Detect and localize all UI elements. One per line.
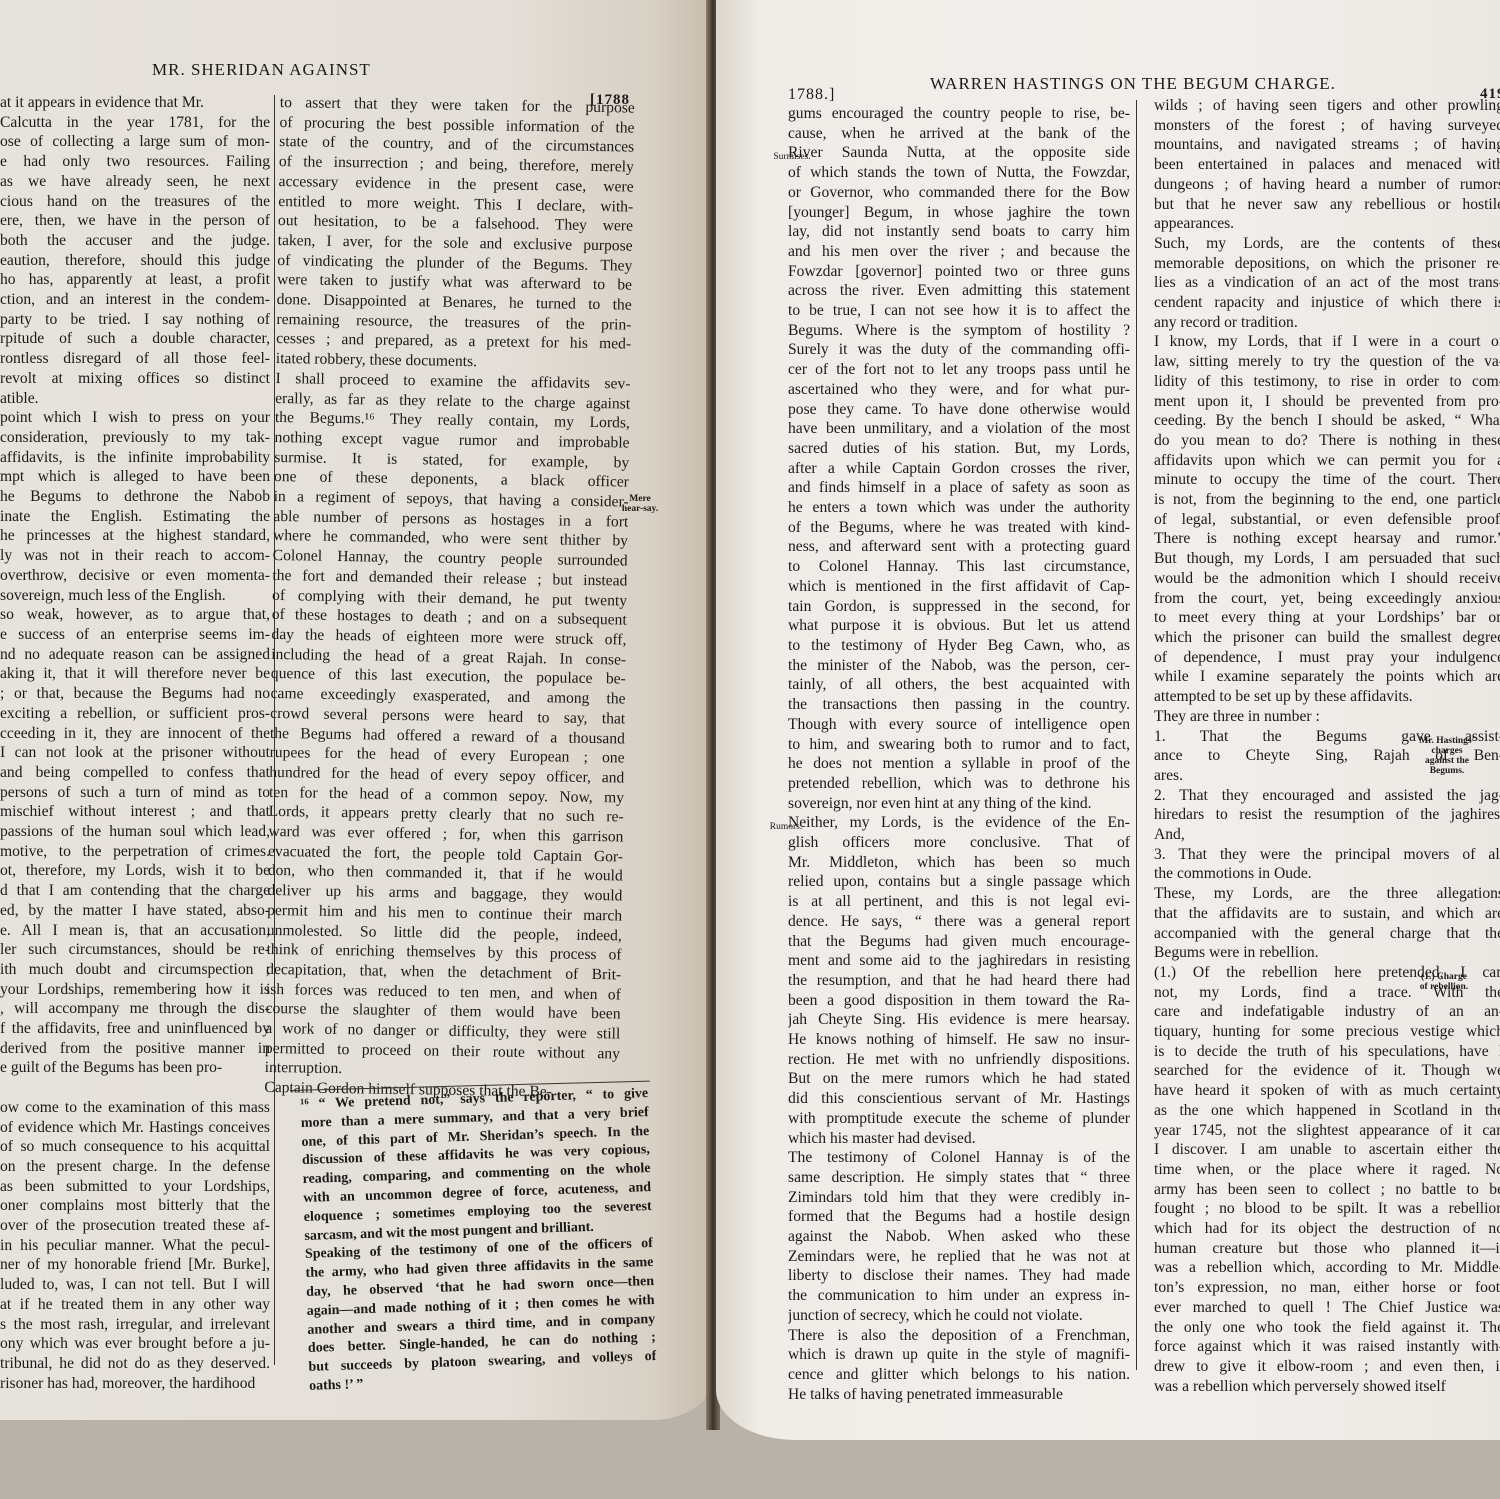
text-line: glish officers more conclusive. That of [788, 833, 1130, 853]
text-line: rpitude of such a double character, [0, 329, 270, 349]
text-line: Such, my Lords, are the contents of thes… [1154, 234, 1500, 254]
text-line: after a while Captain Gordon crosses the… [788, 459, 1130, 479]
text-line: Calcutta in the year 1781, for the [0, 113, 270, 133]
text-line: pretended rebellion, which was to dethro… [788, 774, 1130, 794]
column-rule [1136, 100, 1137, 1370]
text-line: and finds himself in a place of safety a… [788, 478, 1130, 498]
text-line: from the court, yet, being exceedingly a… [1154, 589, 1500, 609]
text-line: monsters of the forest ; of having surve… [1154, 116, 1500, 136]
text-line: ness, and afterward sent with a protecti… [788, 537, 1130, 557]
text-line: 2. That they encouraged and assisted the… [1154, 786, 1500, 806]
text-line: They are three in number : [1154, 707, 1500, 727]
text-line: The testimony of Colonel Hannay is of th… [788, 1148, 1130, 1168]
text-line: Neither, my Lords, is the evidence of th… [788, 813, 1130, 833]
text-line: e had only two resources. Failing [0, 152, 270, 172]
text-line: aking it, that it will therefore never b… [0, 664, 270, 684]
text-line: as we have already seen, he next [0, 172, 270, 192]
text-line: junction of secrecy, which he could not … [788, 1306, 1130, 1326]
text-line: formed that the Begums had a hostile des… [788, 1207, 1130, 1227]
text-line: nd no adequate reason can be assigned [0, 645, 270, 665]
text-line: ceeding. By the bench I should be asked,… [1154, 411, 1500, 431]
text-line: is at all pertinent, and this is not leg… [788, 892, 1130, 912]
text-line: ow come to the examination of this mass [0, 1098, 270, 1118]
text-line: ly was not in their reach to accom- [0, 546, 270, 566]
text-line: cence and glitter which belongs to his n… [788, 1365, 1130, 1385]
text-line: cendent rapacity and injustice of which … [1154, 293, 1500, 313]
text-line: 3. That they were the principal movers o… [1154, 845, 1500, 865]
text-line: Begums. Where is the symptom of hostilit… [788, 321, 1130, 341]
text-line: memorable depositions, on which the pris… [1154, 254, 1500, 274]
text-line: with promptitude execute the scheme of p… [788, 1109, 1130, 1129]
text-line: which is mentioned in the first affidavi… [788, 577, 1130, 597]
text-line: motive, to the perpetration of crimes. [0, 842, 270, 862]
text-line: is not, from the beginning to the end, o… [1154, 490, 1500, 510]
text-line: or Governor, who commanded there for the… [788, 183, 1130, 203]
text-line: which the prisoner can build the smalles… [1154, 628, 1500, 648]
text-line: minute to occupy the time of the court. … [1154, 470, 1500, 490]
text-line: cer of the fort not to let any troops pa… [788, 360, 1130, 380]
text-line: of the Begums, where he was treated with… [788, 518, 1130, 538]
text-line: Begums were in rebellion. [1154, 943, 1500, 963]
sidenote-rumors: Rumors. [768, 822, 804, 832]
left-running-head: MR. SHERIDAN AGAINST [152, 60, 371, 80]
text-line: attempted to be set up by these affidavi… [1154, 687, 1500, 707]
text-line: law, sitting merely to try the question … [1154, 352, 1500, 372]
text-line: ction, and an interest in the condem- [0, 290, 270, 310]
text-line: to be true, I can not see how it is to a… [788, 301, 1130, 321]
text-line: which is drawn up quite in the style of … [788, 1345, 1130, 1365]
text-line: mischief without interest ; and that [0, 802, 270, 822]
text-line: in his peculiar manner. What the pecul- [0, 1236, 270, 1256]
text-line: ment and some aid to the jaghiredars in … [788, 951, 1130, 971]
text-line: but that he never saw any rebellious or … [1154, 195, 1500, 215]
text-line: ony which was ever brought before a ju- [0, 1334, 270, 1354]
text-line: And, [1154, 825, 1500, 845]
text-line: of evidence which Mr. Hastings conceives [0, 1118, 270, 1138]
text-line: e. All I mean is, that an accusation, [0, 921, 270, 941]
text-line: been a good disposition in them toward t… [788, 991, 1130, 1011]
sidenote-surmises: Surmises. [772, 152, 812, 162]
text-line: he does not mention a syllable in proof … [788, 754, 1130, 774]
text-line [0, 1078, 270, 1098]
text-line: the commotions in Oude. [1154, 864, 1500, 884]
text-line: rection. He met with no unfriendly dispo… [788, 1050, 1130, 1070]
text-line: consideration, previously to my tak- [0, 428, 270, 448]
text-line: to him, and swearing both to rumor and t… [788, 735, 1130, 755]
text-line: affidavits, is the infinite improbabilit… [0, 448, 270, 468]
text-line: accompanied with the general charge that… [1154, 924, 1500, 944]
text-line: the minister of the Nabob, was the perso… [788, 656, 1130, 676]
text-line: was a rebellion which perversely showed … [1154, 1377, 1500, 1397]
text-line: River Saunda Nutta, at the opposite side [788, 143, 1130, 163]
text-line: would be the admonition which I should r… [1154, 569, 1500, 589]
footnote-16: ¹⁶ “ We pretend not,” says the reporter,… [300, 1085, 657, 1397]
text-line: f the affidavits, free and uninfluenced … [0, 1019, 270, 1039]
text-line: hiredars to resist the resumption of the… [1154, 805, 1500, 825]
text-line: ler such circumstances, should be re- [0, 940, 270, 960]
text-line: the transactions then passing in the cou… [788, 695, 1130, 715]
text-line: have heard it spoken of with as much cer… [1154, 1081, 1500, 1101]
text-line: of dependence, I must pray your indulgen… [1154, 648, 1500, 668]
text-line: ho has, apparently at least, a profit [0, 270, 270, 290]
text-line: appearances. [1154, 214, 1500, 234]
text-line: Though with every source of intelligence… [788, 715, 1130, 735]
text-line: I can not look at the prisoner without [0, 743, 270, 763]
text-line: to meet every thing at your Lordships’ b… [1154, 608, 1500, 628]
text-line: , will accompany me through the dis- [0, 999, 270, 1019]
text-line: Zimindars told him that they were credib… [788, 1188, 1130, 1208]
text-line: the communication to him under an expres… [788, 1286, 1130, 1306]
text-line: These, my Lords, are the three allegatio… [1154, 884, 1500, 904]
text-line: relied upon, contains but a single passa… [788, 872, 1130, 892]
text-line: sovereign, nor even hint at any thing of… [788, 794, 1130, 814]
left-column-1: at it appears in evidence that Mr. Calcu… [0, 93, 270, 1393]
text-line: fought ; no blood to be spilt. It was a … [1154, 1199, 1500, 1219]
right-year-marker: 1788.] [788, 86, 835, 104]
text-line: any record or tradition. [1154, 313, 1500, 333]
text-line: ; or that, because the Begums had no [0, 684, 270, 704]
text-line: as been submitted to your Lordships, [0, 1177, 270, 1197]
sidenote-mere-hearsay: Mere hear-say. [620, 494, 660, 514]
text-line: persons of such a turn of mind as to [0, 783, 270, 803]
text-line: searched for the evidence of it. Though … [1154, 1061, 1500, 1081]
text-line: the resumption, and that he had heard th… [788, 971, 1130, 991]
text-line: been entertained in palaces and menaced … [1154, 155, 1500, 175]
text-line: as the one which happened in Scotland in… [1154, 1101, 1500, 1121]
text-line: But though, my Lords, I am persuaded tha… [1154, 549, 1500, 569]
text-line: lay, did not instantly send boats to car… [788, 222, 1130, 242]
text-line: dungeons ; of having heard a number of r… [1154, 175, 1500, 195]
text-line: [younger] Begum, in whose jaghire the to… [788, 203, 1130, 223]
text-line: that the Begums had given much encourage… [788, 932, 1130, 952]
text-line: cious hand on the treasures of the [0, 192, 270, 212]
text-line: at if he treated them in any other way [0, 1295, 270, 1315]
text-line: I know, my Lords, that if I were in a co… [1154, 332, 1500, 352]
text-line: lies as a vindication of an act of the m… [1154, 273, 1500, 293]
text-line: force against which it was raised instan… [1154, 1337, 1500, 1357]
text-line: across the river. Even admitting this st… [788, 281, 1130, 301]
text-line: e success of an enterprise seems im- [0, 625, 270, 645]
text-line: army has been seen to collect ; no battl… [1154, 1180, 1500, 1200]
text-line: exciting a rebellion, or sufficient pros… [0, 704, 270, 724]
text-line: lidity of this testimony, to rise in ord… [1154, 372, 1500, 392]
text-line: he Begums to dethrone the Nabob [0, 487, 270, 507]
text-line: Surely it was the duty of the commanding… [788, 340, 1130, 360]
text-line: your Lordships, remembering how it is [0, 980, 270, 1000]
text-line: d that I am contending that the charge [0, 881, 270, 901]
text-line: cause, when he arrived at the bank of th… [788, 124, 1130, 144]
text-line: derived from the positive manner in [0, 1039, 270, 1059]
text-line: which his master had devised. [788, 1129, 1130, 1149]
text-line: so weak, however, as to argue that, [0, 605, 270, 625]
text-line: same description. He simply states that … [788, 1168, 1130, 1188]
text-line: Zemindars were, he replied that he was n… [788, 1247, 1130, 1267]
text-line: have been unmilitary, and a violation of… [788, 419, 1130, 439]
text-line: revolt at mixing offices so distinct [0, 369, 270, 389]
right-column-1: gums encouraged the country people to ri… [788, 104, 1130, 1404]
text-line: care and indefatigable industry of an an… [1154, 1002, 1500, 1022]
text-line: on the present charge. In the defense [0, 1157, 270, 1177]
text-line: There is also the deposition of a French… [788, 1326, 1130, 1346]
sidenote-charge-of-rebellion: (1.) Charge of rebellion. [1416, 972, 1472, 992]
text-line: ed, by the matter I have stated, abso- [0, 901, 270, 921]
text-line: passions of the human soul which lead, [0, 822, 270, 842]
right-page: 1788.] WARREN HASTINGS ON THE BEGUM CHAR… [716, 0, 1500, 1440]
text-line: I discover. I am unable to ascertain eit… [1154, 1140, 1500, 1160]
text-line: that the affidavits are to sustain, and … [1154, 904, 1500, 924]
text-line: time when, or the place where it raged. … [1154, 1160, 1500, 1180]
text-line: oner complains most bitterly that the [0, 1196, 270, 1216]
text-line: against the Nabob. When asked who these [788, 1227, 1130, 1247]
text-line: is to decide the truth of his speculatio… [1154, 1042, 1500, 1062]
text-line: rontless disregard of all those feel- [0, 349, 270, 369]
text-line: dence. He says, “ there was a general re… [788, 912, 1130, 932]
text-line: pose they came. To have done otherwise w… [788, 400, 1130, 420]
text-line: luded to, was, I can not tell. But I wil… [0, 1275, 270, 1295]
text-line: both the accuser and the judge. [0, 231, 270, 251]
sidenote-hastings-charges: Mr. Hastings’ charges against the Begums… [1416, 736, 1478, 776]
text-line: ment upon it, I should be prevented from… [1154, 392, 1500, 412]
text-line: cceeding in it, they are innocent of the [0, 724, 270, 744]
text-line: wilds ; of having seen tigers and other … [1154, 96, 1500, 116]
text-line: tribunal, he did not do as they deserved… [0, 1354, 270, 1374]
text-line: He knows nothing of himself. He saw no i… [788, 1030, 1130, 1050]
text-line: the only one who took the field against … [1154, 1318, 1500, 1338]
text-line: Mr. Middleton, which has been so much [788, 853, 1130, 873]
text-line: e guilt of the Begums has been pro- [0, 1058, 270, 1078]
text-line: at it appears in evidence that Mr. [0, 93, 270, 113]
text-line: ose of collecting a large sum of mon- [0, 132, 270, 152]
text-line: ot, therefore, my Lords, wish it to be [0, 861, 270, 881]
text-line: of legal, substantial, or even defensibl… [1154, 510, 1500, 530]
text-line: of so much consequence to his acquittal [0, 1137, 270, 1157]
text-line: sacred duties of his station. But, my Lo… [788, 439, 1130, 459]
text-line: mpt which is alleged to have been [0, 467, 270, 487]
text-line: s the most rash, irregular, and irreleva… [0, 1315, 270, 1335]
text-line: overthrow, decisive or even momenta- [0, 566, 270, 586]
text-line: tainly, of all others, the best acquaint… [788, 675, 1130, 695]
text-line: risoner has had, moreover, the hardihood [0, 1374, 270, 1394]
text-line: year 1745, not the slightest appearance … [1154, 1121, 1500, 1141]
text-line: jah Cheyte Sing. His evidence is mere he… [788, 1010, 1130, 1030]
text-line: do you mean to do? There is nothing in t… [1154, 431, 1500, 451]
text-line: did this conscientious servant of Mr. Ha… [788, 1089, 1130, 1109]
text-line: while I examine separately the points wh… [1154, 667, 1500, 687]
text-line: Fowzdar [governor] pointed two or three … [788, 262, 1130, 282]
text-line: drew to give it elbow-room ; and even th… [1154, 1357, 1500, 1377]
text-line: and being compelled to confess that [0, 763, 270, 783]
text-line: human creature but those who planned it—… [1154, 1239, 1500, 1259]
text-line: atible. [0, 389, 270, 409]
text-line: ton’s expression, no man, either horse o… [1154, 1278, 1500, 1298]
text-line: There is nothing except hearsay and rumo… [1154, 529, 1500, 549]
text-line: But on the mere rumors which he had stat… [788, 1069, 1130, 1089]
text-line: which had for its object the destruction… [1154, 1219, 1500, 1239]
text-line: gums encouraged the country people to ri… [788, 104, 1130, 124]
text-line: was a rebellion which, according to Mr. … [1154, 1258, 1500, 1278]
text-line: ith much doubt and circumspection ; [0, 960, 270, 980]
text-line: to Colonel Hannay. This last circumstanc… [788, 557, 1130, 577]
text-line: he enters a town which was under the aut… [788, 498, 1130, 518]
text-line: ner of my honorable friend [Mr. Burke], [0, 1255, 270, 1275]
left-column-2: to assert that they were taken for the p… [264, 93, 635, 1103]
text-line: ere, then, we have in the person of [0, 211, 270, 231]
text-line: affidavits upon which we can permit you … [1154, 451, 1500, 471]
text-line: ascertained who they were, and for what … [788, 380, 1130, 400]
text-line: He talks of having penetrated immeasurab… [788, 1385, 1130, 1405]
text-line: liberty to disclose their names. They ha… [788, 1266, 1130, 1286]
text-line: sovereign, much less of the English. [0, 586, 270, 606]
text-line: eaution, therefore, should this judge [0, 251, 270, 271]
text-line: ever marched to quell ! The Chief Justic… [1154, 1298, 1500, 1318]
text-line: mountains, and navigated streams ; of ha… [1154, 135, 1500, 155]
text-line: and his men over the river ; and because… [788, 242, 1130, 262]
text-line: point which I wish to press on your [0, 408, 270, 428]
text-line: party to be tried. I say nothing of [0, 310, 270, 330]
left-page: MR. SHERIDAN AGAINST [1788 at it appears… [0, 0, 712, 1420]
text-line: to the testimony of Hyder Beg Cawn, who,… [788, 636, 1130, 656]
text-line: what purpose it is obvious. But let us a… [788, 616, 1130, 636]
text-line: inate the English. Estimating the [0, 507, 270, 527]
text-line: tiquary, hunting for some precious vesti… [1154, 1022, 1500, 1042]
text-line: over of the prosecution treated these af… [0, 1216, 270, 1236]
right-running-head: WARREN HASTINGS ON THE BEGUM CHARGE. [930, 74, 1336, 94]
text-line: of which stands the town of Nutta, the F… [788, 163, 1130, 183]
text-line: he princesses at the highest standard, [0, 526, 270, 546]
text-line: tain Gordon, is suppressed in the second… [788, 597, 1130, 617]
